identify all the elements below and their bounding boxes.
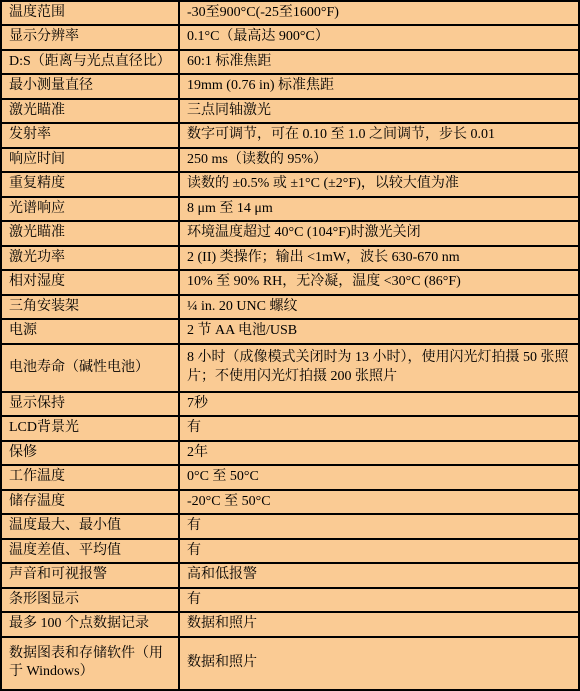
spec-label: 相对湿度 <box>1 270 179 294</box>
table-row: 声音和可视报警 高和低报警 <box>1 563 579 587</box>
table-row: 数据图表和存储软件（用于 Windows） 数据和照片 <box>1 637 579 690</box>
spec-value: 250 ms（读数的 95%） <box>179 148 579 172</box>
spec-label: 响应时间 <box>1 148 179 172</box>
table-row: 相对湿度 10% 至 90% RH，无冷凝，温度 <30°C (86°F) <box>1 270 579 294</box>
table-row: 显示保持 7秒 <box>1 392 579 416</box>
spec-value: 高和低报警 <box>179 563 579 587</box>
spec-value: 7秒 <box>179 392 579 416</box>
spec-value: 有 <box>179 416 579 440</box>
spec-label: 最小测量直径 <box>1 74 179 98</box>
spec-label: 显示分辨率 <box>1 25 179 49</box>
table-row: 保修 2年 <box>1 441 579 465</box>
spec-value: 环境温度超过 40°C (104°F)时激光关闭 <box>179 221 579 245</box>
spec-label: 条形图显示 <box>1 588 179 612</box>
spec-label: D:S（距离与光点直径比） <box>1 50 179 74</box>
table-row: 最小测量直径 19mm (0.76 in) 标准焦距 <box>1 74 579 98</box>
spec-value: 数据和照片 <box>179 612 579 636</box>
spec-table-body: 温度范围 -30至900°C(-25至1600°F) 显示分辨率 0.1°C（最… <box>1 1 579 690</box>
table-row: LCD背景光 有 <box>1 416 579 440</box>
table-row: 电源 2 节 AA 电池/USB <box>1 319 579 343</box>
table-row: D:S（距离与光点直径比） 60:1 标准焦距 <box>1 50 579 74</box>
spec-value: 10% 至 90% RH，无冷凝，温度 <30°C (86°F) <box>179 270 579 294</box>
spec-label: 声音和可视报警 <box>1 563 179 587</box>
spec-value: 数据和照片 <box>179 637 579 690</box>
table-row: 储存温度 -20°C 至 50°C <box>1 490 579 514</box>
spec-table: 温度范围 -30至900°C(-25至1600°F) 显示分辨率 0.1°C（最… <box>0 0 580 691</box>
spec-label: 光谱响应 <box>1 197 179 221</box>
spec-value: 三点同轴激光 <box>179 99 579 123</box>
spec-label: 电池寿命（碱性电池） <box>1 344 179 392</box>
spec-value: 有 <box>179 539 579 563</box>
table-row: 显示分辨率 0.1°C（最高达 900°C） <box>1 25 579 49</box>
spec-label: 显示保持 <box>1 392 179 416</box>
table-row: 工作温度 0°C 至 50°C <box>1 465 579 489</box>
table-row: 条形图显示 有 <box>1 588 579 612</box>
table-row: 三角安装架 ¼ in. 20 UNC 螺纹 <box>1 295 579 319</box>
spec-label: 温度最大、最小值 <box>1 514 179 538</box>
spec-value: -30至900°C(-25至1600°F) <box>179 1 579 25</box>
table-row: 光谱响应 8 μm 至 14 μm <box>1 197 579 221</box>
table-row: 发射率 数字可调节，可在 0.10 至 1.0 之间调节，步长 0.01 <box>1 123 579 147</box>
spec-value: 2 (II) 类操作；输出 <1mW，波长 630-670 nm <box>179 246 579 270</box>
spec-value: 8 μm 至 14 μm <box>179 197 579 221</box>
table-row: 温度最大、最小值 有 <box>1 514 579 538</box>
spec-value: ¼ in. 20 UNC 螺纹 <box>179 295 579 319</box>
spec-label: 工作温度 <box>1 465 179 489</box>
spec-label: 最多 100 个点数据记录 <box>1 612 179 636</box>
spec-label: 电源 <box>1 319 179 343</box>
spec-value: 60:1 标准焦距 <box>179 50 579 74</box>
table-row: 激光功率 2 (II) 类操作；输出 <1mW，波长 630-670 nm <box>1 246 579 270</box>
spec-value: 8 小时（成像模式关闭时为 13 小时），使用闪光灯拍摄 50 张照片；不使用闪… <box>179 344 579 392</box>
table-row: 激光瞄准 环境温度超过 40°C (104°F)时激光关闭 <box>1 221 579 245</box>
table-row: 温度范围 -30至900°C(-25至1600°F) <box>1 1 579 25</box>
spec-label: 温度差值、平均值 <box>1 539 179 563</box>
spec-label: 激光瞄准 <box>1 99 179 123</box>
table-row: 温度差值、平均值 有 <box>1 539 579 563</box>
spec-label: 数据图表和存储软件（用于 Windows） <box>1 637 179 690</box>
spec-label: 温度范围 <box>1 1 179 25</box>
spec-value: 读数的 ±0.5% 或 ±1°C (±2°F)，以较大值为准 <box>179 172 579 196</box>
table-row: 响应时间 250 ms（读数的 95%） <box>1 148 579 172</box>
table-row: 激光瞄准 三点同轴激光 <box>1 99 579 123</box>
spec-value: 0.1°C（最高达 900°C） <box>179 25 579 49</box>
spec-value: -20°C 至 50°C <box>179 490 579 514</box>
spec-value: 2 节 AA 电池/USB <box>179 319 579 343</box>
spec-label: LCD背景光 <box>1 416 179 440</box>
spec-label: 重复精度 <box>1 172 179 196</box>
spec-value: 2年 <box>179 441 579 465</box>
spec-label: 发射率 <box>1 123 179 147</box>
spec-value: 0°C 至 50°C <box>179 465 579 489</box>
table-row: 电池寿命（碱性电池） 8 小时（成像模式关闭时为 13 小时），使用闪光灯拍摄 … <box>1 344 579 392</box>
table-row: 最多 100 个点数据记录 数据和照片 <box>1 612 579 636</box>
spec-label: 激光瞄准 <box>1 221 179 245</box>
spec-label: 保修 <box>1 441 179 465</box>
table-row: 重复精度 读数的 ±0.5% 或 ±1°C (±2°F)，以较大值为准 <box>1 172 579 196</box>
spec-value: 19mm (0.76 in) 标准焦距 <box>179 74 579 98</box>
spec-label: 激光功率 <box>1 246 179 270</box>
spec-label: 三角安装架 <box>1 295 179 319</box>
spec-value: 数字可调节，可在 0.10 至 1.0 之间调节，步长 0.01 <box>179 123 579 147</box>
spec-value: 有 <box>179 514 579 538</box>
spec-label: 储存温度 <box>1 490 179 514</box>
spec-value: 有 <box>179 588 579 612</box>
